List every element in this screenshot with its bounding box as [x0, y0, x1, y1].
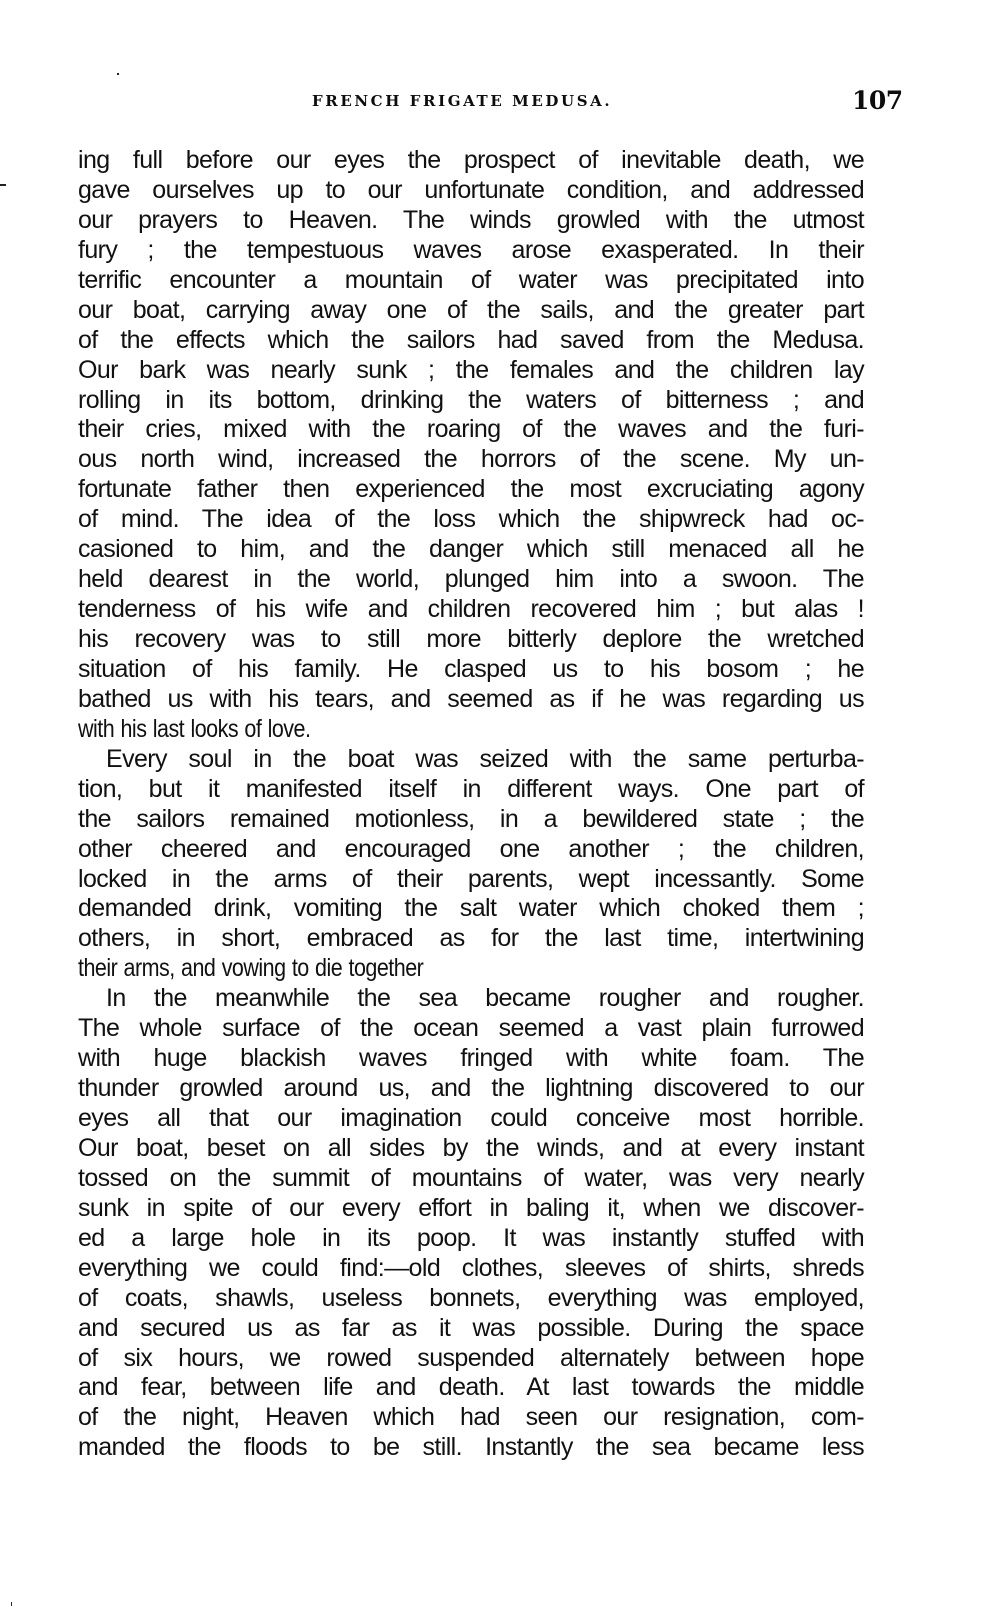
text-line: rolling in its bottom, drinking the wate… [78, 386, 864, 416]
text-line: of coats, shawls, useless bonnets, every… [78, 1284, 864, 1314]
text-line: Our bark was nearly sunk ; the females a… [78, 356, 864, 386]
text-line: Our boat, beset on all sides by the wind… [78, 1134, 864, 1164]
text-line: with huge blackish waves fringed with wh… [78, 1044, 864, 1074]
text-line: bathed us with his tears, and seemed as … [78, 685, 864, 715]
text-line: their arms, and vowing to die together [78, 954, 864, 984]
page-number: 107 [852, 86, 903, 115]
text-line: of six hours, we rowed suspended alterna… [78, 1344, 864, 1374]
text-line: thunder growled around us, and the light… [78, 1074, 864, 1104]
text-line: locked in the arms of their parents, wep… [78, 865, 864, 895]
text-line: In the meanwhile the sea became rougher … [78, 984, 864, 1014]
text-line: situation of his family. He clasped us t… [78, 655, 864, 685]
text-line: and fear, between life and death. At las… [78, 1373, 864, 1403]
text-line: his recovery was to still more bitterly … [78, 625, 864, 655]
body-text: ing full before our eyes the prospect of… [78, 146, 864, 1463]
text-line: fortunate father then experienced the mo… [78, 475, 864, 505]
text-line: tossed on the summit of mountains of wat… [78, 1164, 864, 1194]
text-line: eyes all that our imagination could conc… [78, 1104, 864, 1134]
text-line: terrific encounter a mountain of water w… [78, 266, 864, 296]
text-line: ed a large hole in its poop. It was inst… [78, 1224, 864, 1254]
text-line: everything we could find:—old clothes, s… [78, 1254, 864, 1284]
paragraph: Every soul in the boat was seized with t… [78, 745, 864, 985]
text-line: gave ourselves up to our unfortunate con… [78, 176, 864, 206]
paragraph: ing full before our eyes the prospect of… [78, 146, 864, 745]
stray-ink-mark-top [117, 73, 119, 75]
stray-ink-mark-left [0, 184, 6, 186]
text-line: the sailors remained motionless, in a be… [78, 805, 864, 835]
text-line: ing full before our eyes the prospect of… [78, 146, 864, 176]
text-line: sunk in spite of our every effort in bal… [78, 1194, 864, 1224]
text-line: fury ; the tempestuous waves arose exasp… [78, 236, 864, 266]
text-line: of mind. The idea of the loss which the … [78, 505, 864, 535]
text-line: Every soul in the boat was seized with t… [78, 745, 864, 775]
text-line: others, in short, embraced as for the la… [78, 924, 864, 954]
text-line: manded the floods to be still. Instantly… [78, 1433, 864, 1463]
text-line: other cheered and encouraged one another… [78, 835, 864, 865]
paragraph: In the meanwhile the sea became rougher … [78, 984, 864, 1463]
text-line: our prayers to Heaven. The winds growled… [78, 206, 864, 236]
text-line: The whole surface of the ocean seemed a … [78, 1014, 864, 1044]
running-head: FRENCH FRIGATE MEDUSA. 107 [0, 88, 1000, 128]
book-page: FRENCH FRIGATE MEDUSA. 107 ing full befo… [0, 0, 1000, 1612]
text-line: tion, but it manifested itself in differ… [78, 775, 864, 805]
text-line: with his last looks of love. [78, 715, 864, 745]
text-line: tenderness of his wife and children reco… [78, 595, 864, 625]
text-line: their cries, mixed with the roaring of t… [78, 415, 864, 445]
stray-ink-mark-bottom [11, 1602, 12, 1606]
text-line: and secured us as far as it was possible… [78, 1314, 864, 1344]
text-line: casioned to him, and the danger which st… [78, 535, 864, 565]
text-line: our boat, carrying away one of the sails… [78, 296, 864, 326]
running-title: FRENCH FRIGATE MEDUSA. [312, 92, 612, 110]
text-line: of the night, Heaven which had seen our … [78, 1403, 864, 1433]
text-line: demanded drink, vomiting the salt water … [78, 894, 864, 924]
text-line: ous north wind, increased the horrors of… [78, 445, 864, 475]
text-line: held dearest in the world, plunged him i… [78, 565, 864, 595]
text-line: of the effects which the sailors had sav… [78, 326, 864, 356]
